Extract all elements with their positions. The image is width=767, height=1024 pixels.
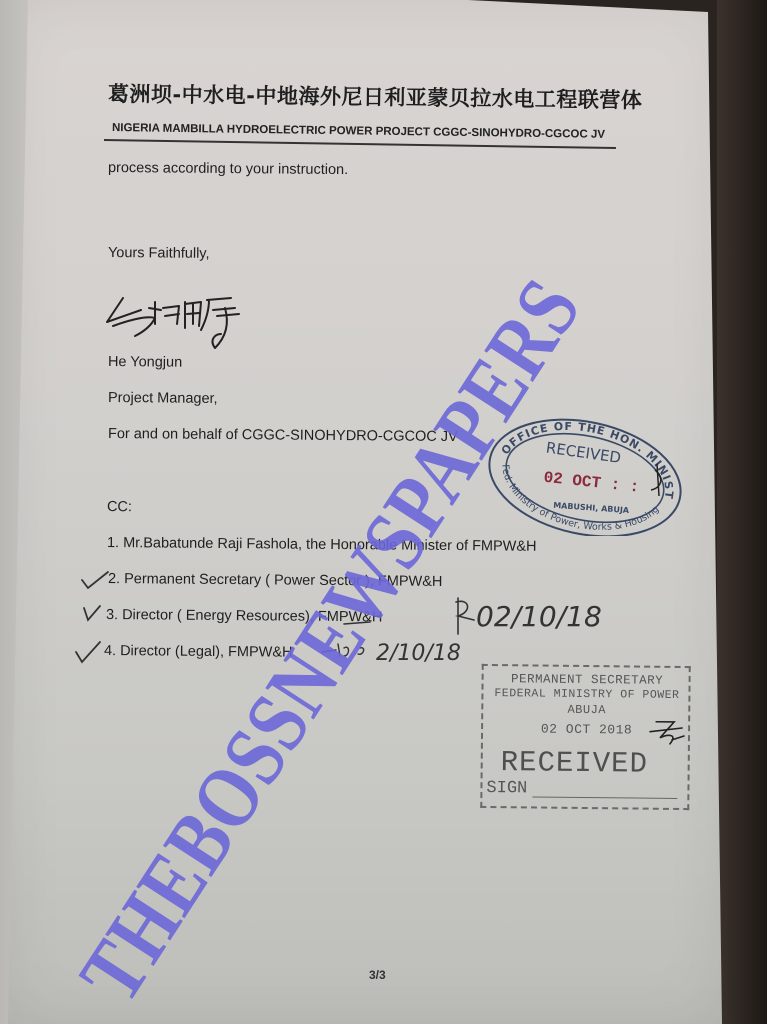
stamp-line: FEDERAL MINISTRY OF POWER xyxy=(489,687,684,702)
stamp-sign-line xyxy=(532,796,677,799)
handwritten-signature-icon xyxy=(105,288,255,353)
handwritten-initials-icon xyxy=(648,718,688,746)
stamp-line: ABUJA xyxy=(489,702,684,718)
signatory-name: He Yongjun xyxy=(108,354,182,371)
cc-item: 1. Mr.Babatunde Raji Fashola, the Honora… xyxy=(107,535,537,555)
check-mark-icon xyxy=(82,604,104,626)
letter-document: 葛洲坝-中水电-中地海外尼日利亚蒙贝拉水电工程联营体 NIGERIA MAMBI… xyxy=(0,0,767,1024)
letterhead-rule xyxy=(104,139,616,149)
closing-text: Yours Faithfully, xyxy=(108,245,210,262)
cc-label: CC: xyxy=(107,499,132,515)
check-mark-icon xyxy=(74,640,102,664)
watermark-text: THEBOSSNEWSPAPERS xyxy=(60,262,601,1020)
stamp-line: PERMANENT SECRETARY xyxy=(490,672,685,688)
chinese-letterhead: 葛洲坝-中水电-中地海外尼日利亚蒙贝拉水电工程联营体 xyxy=(108,78,643,115)
svg-text:02 OCT : :: 02 OCT : : xyxy=(543,469,640,497)
check-mark-icon xyxy=(80,568,110,590)
svg-text:RECEIVED: RECEIVED xyxy=(545,439,622,467)
english-letterhead: NIGERIA MAMBILLA HYDROELECTRIC POWER PRO… xyxy=(112,122,605,141)
svg-text:02/10/18: 02/10/18 xyxy=(476,600,602,633)
signatory-title: Project Manager, xyxy=(108,390,218,407)
stamp-sign-label: SIGN xyxy=(486,779,527,798)
svg-text:2/10/18: 2/10/18 xyxy=(376,641,461,666)
stamp-status: RECEIVED xyxy=(501,746,649,781)
svg-text:MABUSHI, ABUJA: MABUSHI, ABUJA xyxy=(553,501,630,515)
body-text: process according to your instruction. xyxy=(108,160,348,178)
permanent-secretary-received-stamp: PERMANENT SECRETARY FEDERAL MINISTRY OF … xyxy=(480,664,690,810)
page-number: 3/3 xyxy=(369,968,386,982)
